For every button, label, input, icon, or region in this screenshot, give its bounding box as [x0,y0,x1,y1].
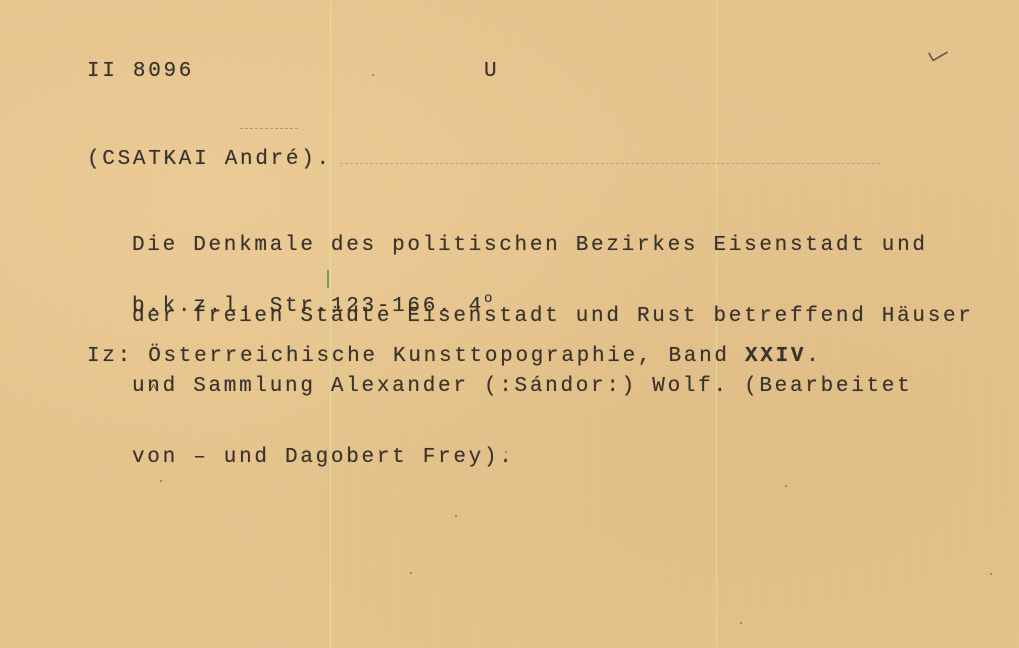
collation-text: b.k.z.l. Str.123-166. 4 [132,295,484,318]
location-mark: U [484,60,499,84]
green-pencil-mark [327,270,329,288]
source-line: Iz: Österreichische Kunsttopographie, Ba… [87,345,822,369]
paper-speck [410,572,412,574]
source-suffix: . [806,345,821,368]
guide-dash-line [340,163,880,164]
paper-speck [372,74,374,76]
paper-speck [160,480,162,482]
paper-speck [785,485,787,487]
collation-line: b.k.z.l. Str.123-166. 4o [132,295,492,321]
catalog-card: II 8096 U (CSATKAI André). Die Denkmale … [0,0,1019,648]
author-heading: (CSATKAI André). [87,148,332,172]
paper-speck [505,451,507,453]
title-line: Die Denkmale des politischen Bezirkes Ei… [132,234,974,258]
call-number: II 8096 [87,60,194,84]
guide-dash-line [240,128,298,129]
source-volume: XXIV [745,345,806,368]
title-line: und Sammlung Alexander (:Sándor:) Wolf. … [132,375,974,399]
paper-speck [740,622,742,624]
check-mark-icon [928,44,949,62]
format-superscript: o [484,291,492,307]
title-line: von – und Dagobert Frey). [132,446,974,470]
caret-mark-icon: ^ [150,382,157,396]
source-prefix: Iz: Österreichische Kunsttopographie, Ba… [87,345,745,368]
paper-speck [455,515,457,517]
paper-speck [990,573,992,575]
